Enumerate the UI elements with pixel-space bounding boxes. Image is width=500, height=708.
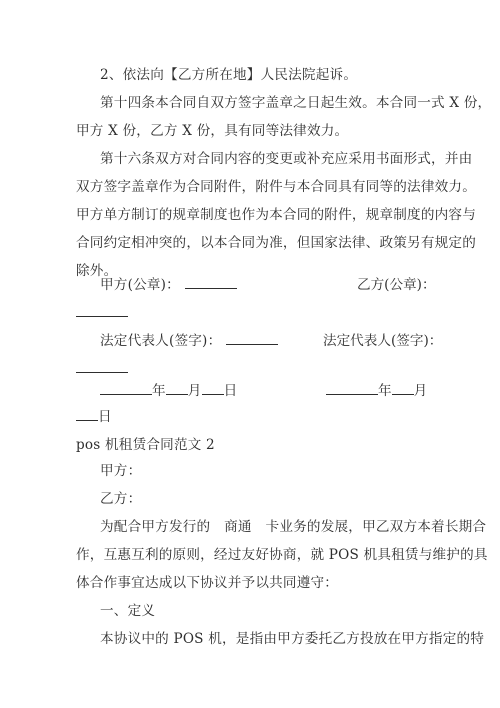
party-a-month-blank (166, 382, 188, 395)
section-2-intro-line-2: 作，互惠互利的原则，经过友好协商，就 POS 机具租赁与维护的具 (76, 546, 426, 564)
party-a-seal-label: 甲方(公章)： (100, 277, 180, 293)
party-a-rep-label: 法定代表人(签字)： (100, 333, 221, 349)
party-b-day-row: 日 (76, 408, 426, 426)
party-b-seal-blank (76, 304, 128, 317)
clause-lawsuit-venue: 2、依法向【乙方所在地】人民法院起诉。 (100, 66, 450, 84)
party-b-rep-blank (76, 360, 128, 373)
clause-14-line-2: 甲方 X 份，乙方 X 份，具有同等法律效力。 (76, 122, 426, 140)
section-2-heading-definition: 一、定义 (100, 602, 450, 620)
party-b-seal-label: 乙方(公章)： (357, 276, 436, 294)
month-label: 月 (414, 383, 428, 399)
section-2-intro-line-1: 为配合甲方发行的 商通 卡业务的发展，甲乙双方本着长期合 (100, 518, 450, 536)
section-2-definition-line-1: 本协议中的 POS 机，是指由甲方委托乙方投放在甲方指定的特 (100, 630, 450, 648)
year-label: 年 (378, 383, 392, 399)
clause-14-line-1: 第十四条本合同自双方签字盖章之日起生效。本合同一式 X 份， (100, 94, 450, 112)
party-a-seal-blank (185, 276, 237, 289)
party-b-date-row: 年月 (326, 382, 427, 400)
clause-16-line-4: 合同约定相冲突的，以本合同为准，但国家法律、政策另有规定的 (76, 234, 426, 252)
year-label: 年 (152, 383, 166, 399)
party-b-rep-label: 法定代表人(签字)： (323, 332, 442, 350)
day-label: 日 (98, 409, 112, 425)
party-b-month-blank (392, 382, 414, 395)
section-2-party-b: 乙方： (100, 490, 450, 508)
section-2-title: pos 机租赁合同范文 2 (76, 436, 426, 454)
section-2-intro-line-3: 体合作事宜达成以下协议并予以共同遵守： (76, 574, 426, 592)
day-label: 日 (224, 383, 238, 399)
document-page: 2、依法向【乙方所在地】人民法院起诉。 第十四条本合同自双方签字盖章之日起生效。… (0, 0, 500, 708)
party-a-year-blank (100, 382, 152, 395)
party-b-year-blank (326, 382, 378, 395)
party-a-day-blank (202, 382, 224, 395)
section-2-party-a: 甲方： (100, 462, 450, 480)
month-label: 月 (188, 383, 202, 399)
party-b-day-blank (76, 408, 98, 421)
party-b-rep-row (76, 360, 426, 378)
clause-16-line-1: 第十六条双方对合同内容的变更或补充应采用书面形式，并由 (100, 150, 450, 168)
party-b-seal-row (76, 304, 426, 322)
clause-16-line-2: 双方签字盖章作为合同附件，附件与本合同具有同等的法律效力。 (76, 178, 426, 196)
clause-16-line-3: 甲方单方制订的规章制度也作为本合同的附件，规章制度的内容与 (76, 206, 426, 224)
party-a-rep-blank (226, 332, 278, 345)
